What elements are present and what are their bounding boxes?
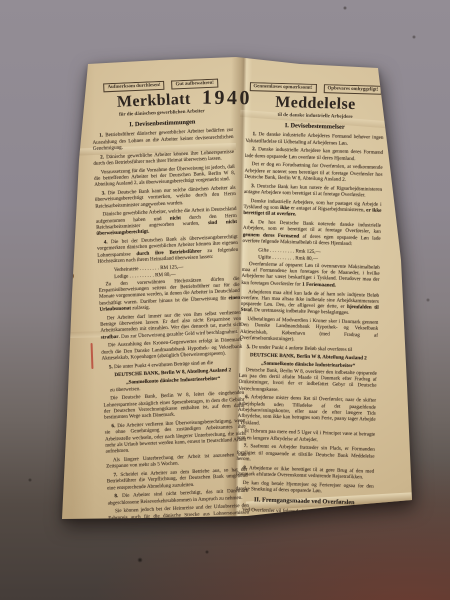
paragraph: Deutsche Bank, Berlin W 8, overfører den… [238,367,377,396]
paragraph: 2. Danske industrielle Arbejdere kan gen… [245,146,383,162]
paragraph: 4. De hos Deutsche Bank noterede danske … [242,219,381,248]
page-title-danish: Meddelelse [246,93,384,115]
notice-read-carefully-da: Gennemlæses opmærksomt! [249,82,316,93]
notice-keep-safe-da: Opbevares omhyggeligt! [323,84,382,95]
paragraph: Udbetalingen af Modværdien i Kroner sker… [240,316,379,345]
paragraph: Der Arbeiter darf immer nur die von ihm … [100,310,242,341]
left-page-german: Aufmerksam durchlesen! Gut aufbewahren! … [90,78,249,520]
stain-spot [69,273,74,279]
paragraph: Voraussetzung für die Vornahme der Überw… [94,164,236,189]
photo-background: Aufmerksam durchlesen! Gut aufbewahren! … [0,0,450,600]
paragraph: Ved Overførsler vil følgende Retningslin… [235,506,373,516]
paragraph: Overførslerne af opsparet Løn til ovennæ… [241,261,380,290]
paragraph: Zu den vorerwähnten Höchstsätzen dürfen … [98,276,240,313]
paragraph: 1. De danske industrielle Arbejderes For… [245,131,383,147]
notice-read-carefully-de: Aufmerksam durchlesen! [103,81,164,93]
danish-text-body: I. Devisebestemmelser1. De danske indust… [235,121,384,518]
paragraph: Dänische gewerbliche Arbeiter, welche di… [95,206,237,237]
paragraph: Danske industrielle Arbejdere, som har p… [243,198,381,221]
paragraph: Et Tidsrum paa mere end 5 Uger vil i Pri… [237,428,375,444]
small-speck [149,206,151,208]
paragraph: De kan dog betale Hjemrejser og Ferierej… [236,480,374,496]
paragraph: Arbejderen maa altid kun lade de af ham … [241,288,380,317]
right-page-danish: Gennemlæses opmærksomt! Opbevares omhygg… [235,82,385,518]
paragraph: 6. Arbejderne mister deres Ret til Overf… [237,394,376,429]
red-pen-mark [91,343,94,369]
paragraph: 6. Die Arbeiter verlieren ihre Überweisu… [104,418,246,455]
paragraph: 4. Die bei der Deutschen Bank als überwe… [97,234,239,265]
german-text-body: I. Devisenbestimmungen1. Betriebsführer … [92,117,250,520]
paragraph: 1. Tilmeldelse. Noteringen om Ret til Ov… [235,515,373,518]
paragraph: Die Deutsche Bank, Berlin W 8, leitet di… [103,390,245,421]
paragraph: Die Auszahlung des Kronen-Gegenwertes er… [101,337,243,362]
year-1940: 1940 [202,87,252,111]
leaflet-paper: Aufmerksam durchlesen! Gut aufbewahren! … [0,0,450,600]
paragraph: 8. Arbejderne er ikke berettiget til at … [236,464,374,480]
paper-shadow: Aufmerksam durchlesen! Gut aufbewahren! … [0,0,450,600]
paragraph: 7. Saafremt en Arbejder fratræder sin Pl… [236,443,374,466]
paragraph: 3. Deutsche Bank kan kun notere de af Ri… [244,183,382,199]
paragraph: 1. Betriebsführer dänischer gewerblicher… [92,127,234,152]
paragraph: Det er dog en Forudsætning for Overførsl… [244,161,382,184]
